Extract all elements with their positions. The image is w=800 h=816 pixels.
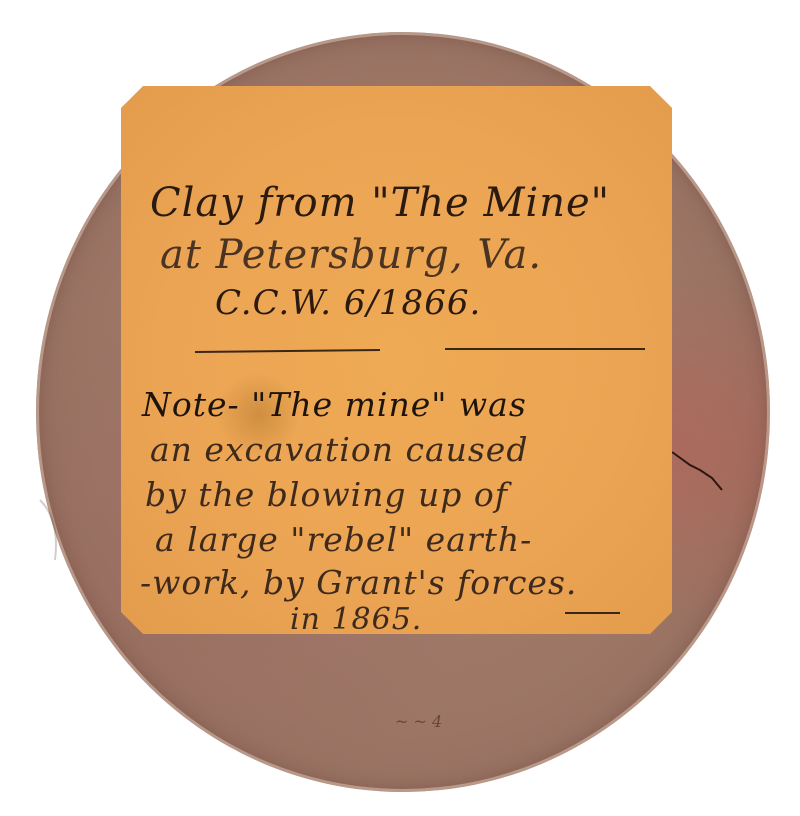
label-heading-line-2: at Petersburg, Va. (160, 232, 542, 278)
disc-scratch-marking: ~ ~ 4 (395, 712, 442, 731)
label-note-line-1: Note- "The mine" was (142, 385, 527, 424)
label-end-dash (565, 612, 620, 614)
label-heading-line-3: C.C.W. 6/1866. (215, 283, 481, 323)
artifact-photo: Clay from "The Mine" at Petersburg, Va. … (0, 0, 800, 816)
label-divider-right (445, 348, 645, 350)
label-note-line-3: by the blowing up of (145, 475, 508, 514)
label-note-line-4: a large "rebel" earth- (155, 520, 532, 559)
label-note-line-5: -work, by Grant's forces. (140, 563, 577, 602)
label-heading-line-1: Clay from "The Mine" (150, 180, 610, 226)
label-note-line-6: in 1865. (290, 602, 422, 637)
label-note-line-2: an excavation caused (150, 430, 528, 469)
